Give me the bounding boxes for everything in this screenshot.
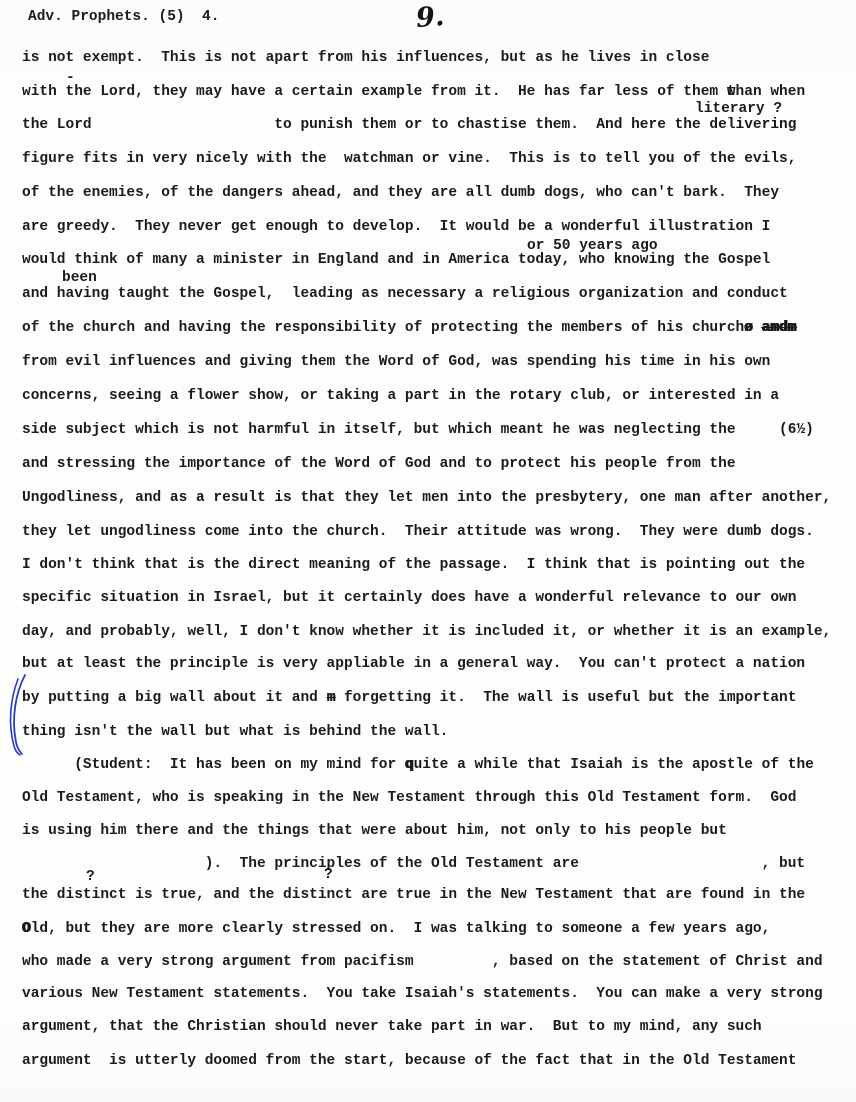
line-13: and stressing the importance of the Word… [22, 456, 736, 473]
line-03: the Lord to punish them or to chastise t… [22, 117, 796, 134]
interline-insert-literary: literary ? [695, 101, 782, 118]
line-06: are greedy. They never get enough to dev… [22, 219, 770, 236]
line-11: concerns, seeing a flower show, or takin… [22, 388, 779, 405]
line-18: day, and probably, well, I don't know wh… [22, 624, 831, 641]
line-27: Old, but they are more clearly stressed … [22, 921, 770, 938]
line-05: of the enemies, of the dangers ahead, an… [22, 185, 779, 202]
header-course-label: Adv. Prophets. (5) 4. [28, 9, 219, 26]
line-14: Ungodliness, and as a result is that the… [22, 490, 831, 507]
interline-insert-been: been [62, 270, 97, 287]
line-24: is using him there and the things that w… [22, 823, 727, 840]
line-30: argument, that the Christian should neve… [22, 1019, 762, 1036]
question-mark-annotation-1: ? [86, 869, 95, 886]
line-15: they let ungodliness come into the churc… [22, 524, 814, 541]
line-12: side subject which is not harmful in its… [22, 422, 814, 439]
line-20: by putting a big wall about it and m for… [22, 690, 796, 707]
line-29: various New Testament statements. You ta… [22, 986, 823, 1003]
line-19: but at least the principle is very appli… [22, 656, 805, 673]
line-17: specific situation in Israel, but it cer… [22, 590, 796, 607]
line-25: ). The principles of the Old Testament a… [22, 856, 805, 873]
line-31: argument is utterly doomed from the star… [22, 1053, 796, 1070]
line-21: thing isn't the wall but what is behind … [22, 724, 448, 741]
line-04: figure fits in very nicely with the watc… [22, 151, 796, 168]
line-07: would think of many a minister in Englan… [22, 252, 770, 269]
line-08: and having taught the Gospel, leading as… [22, 286, 788, 303]
line-09: of the church and having the responsibil… [22, 320, 796, 337]
line-10: from evil influences and giving them the… [22, 354, 770, 371]
line-28: who made a very strong argument from pac… [22, 954, 823, 971]
line-22: (Student: It has been on my mind for qui… [22, 757, 814, 774]
line-16: I don't think that is the direct meaning… [22, 557, 805, 574]
margin-annotation-mark [4, 672, 32, 758]
line-23: Old Testament, who is speaking in the Ne… [22, 790, 796, 807]
handwritten-page-number: 9. [415, 1, 445, 34]
question-mark-annotation-2: ? [324, 867, 333, 884]
line-26: the distinct is true, and the distinct a… [22, 887, 805, 904]
document-page: Adv. Prophets. (5) 4. 9. is not exempt. … [0, 0, 856, 1102]
line-01: is not exempt. This is not apart from hi… [22, 50, 709, 67]
line-02: with the Lord, they may have a certain e… [22, 84, 805, 101]
